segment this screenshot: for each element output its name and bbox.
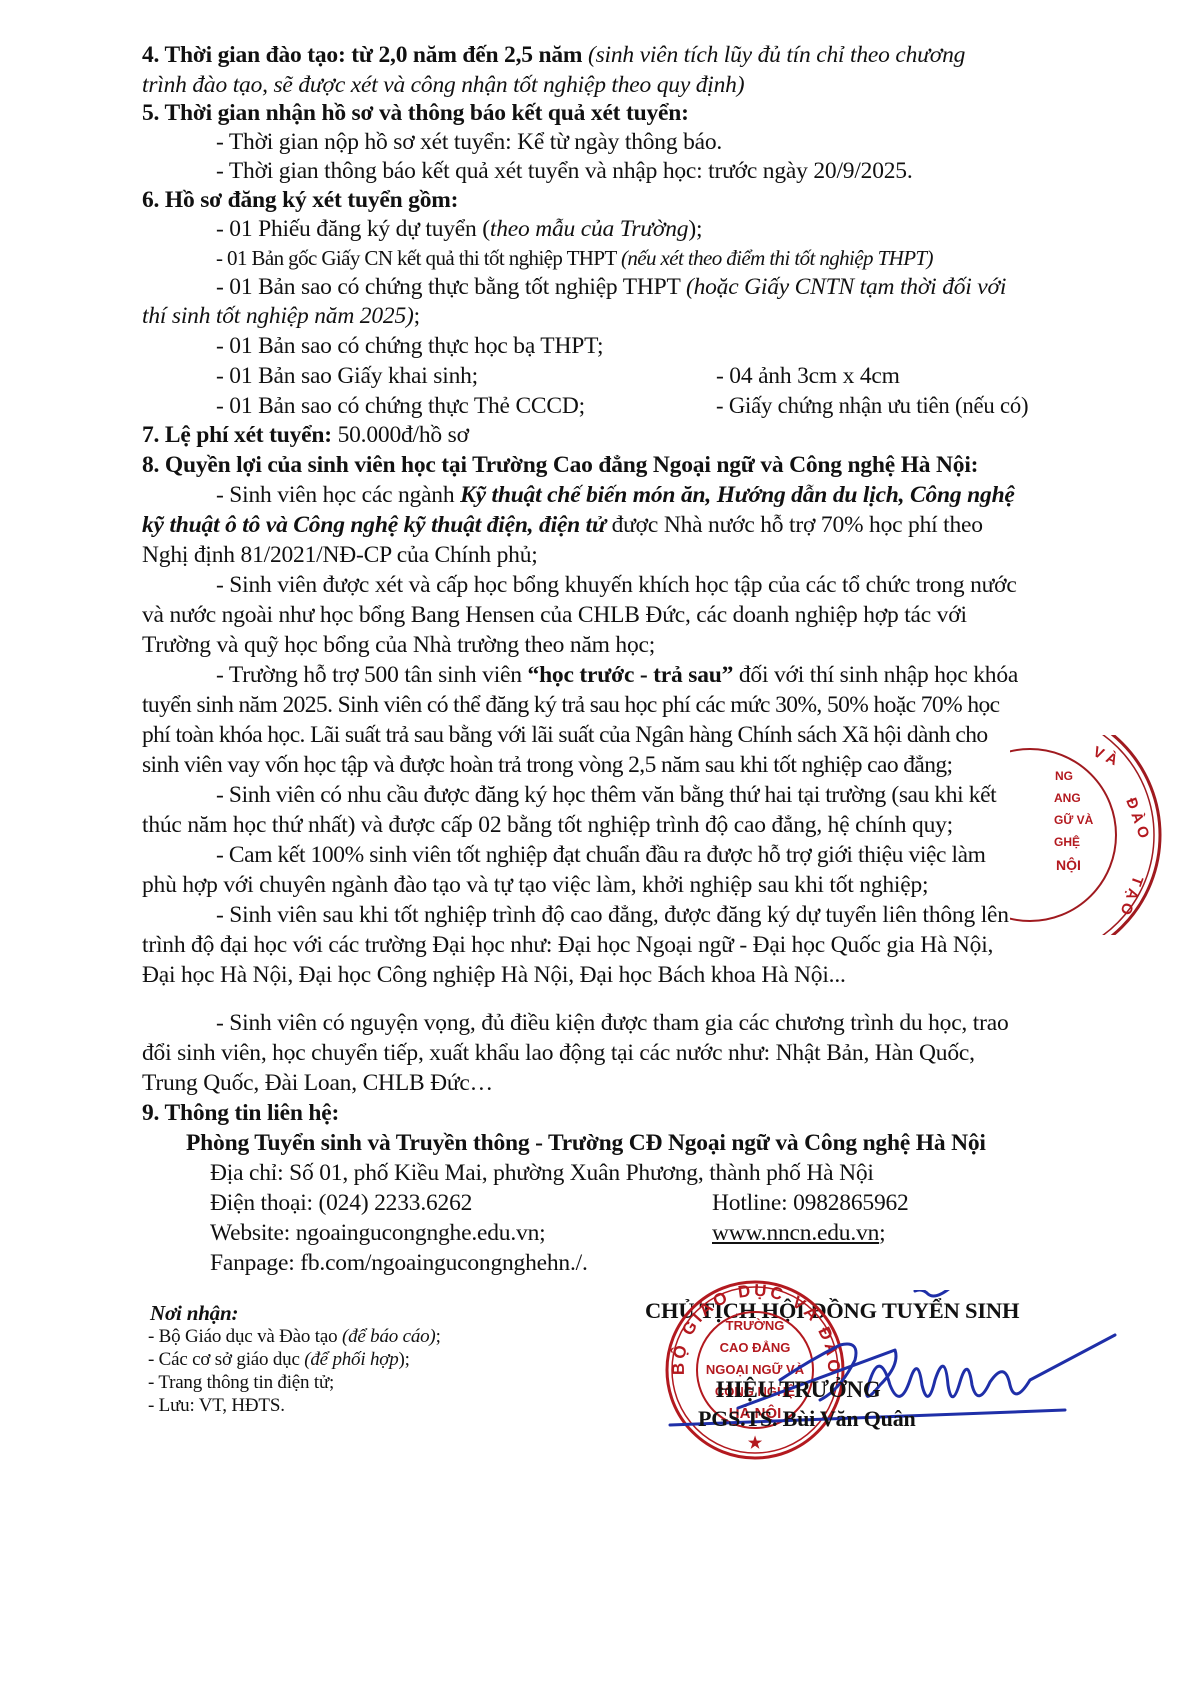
signature-role: HIỆU TRƯỞNG: [716, 1375, 881, 1405]
recipient-website: - Trang thông tin điện tử;: [148, 1372, 334, 1394]
section9-heading: 9. Thông tin liên hệ:: [142, 1098, 339, 1128]
section6-item-priority-cert: - Giấy chứng nhận ưu tiên (nếu có): [716, 391, 1028, 421]
section5-item-submit-time: - Thời gian nộp hồ sơ xét tuyển: Kể từ n…: [216, 127, 722, 157]
section8-p4-line2: thúc năm học thứ nhất) và được cấp 02 bằ…: [142, 810, 953, 840]
section8-p2-line3: Trường và quỹ học bổng của Nhà trường th…: [142, 630, 655, 660]
svg-text:GHỆ: GHỆ: [1054, 834, 1080, 849]
section8-p5-line1: - Cam kết 100% sinh viên tốt nghiệp đạt …: [216, 840, 986, 870]
svg-text:NG: NG: [1055, 769, 1073, 783]
section8-p2-line2: và nước ngoài như học bổng Bang Hensen c…: [142, 600, 967, 630]
website2-link[interactable]: www.nncn.edu.vn: [712, 1220, 879, 1246]
section8-p4-line1: - Sinh viên có nhu cầu được đăng ký học …: [216, 780, 996, 810]
recipients-heading: Nơi nhận:: [150, 1298, 238, 1328]
recipient-archive: - Lưu: VT, HĐTS.: [148, 1395, 285, 1417]
section8-p5-line2: phù hợp với chuyên ngành đào tạo và tự t…: [142, 870, 928, 900]
section5-item-result-time: - Thời gian thông báo kết quả xét tuyển …: [216, 156, 913, 186]
section6-item-photos: - 04 ảnh 3cm x 4cm: [716, 361, 900, 391]
section8-p6-line1: - Sinh viên sau khi tốt nghiệp trình độ …: [216, 900, 1009, 930]
section8-p1-line3: Nghị định 81/2021/NĐ-CP của Chính phủ;: [142, 540, 538, 570]
section8-p3-line2: tuyển sinh năm 2025. Sinh viên có thể đă…: [142, 690, 999, 720]
section6-item-form: - 01 Phiếu đăng ký dự tuyển (theo mẫu củ…: [216, 214, 702, 244]
svg-text:T Ạ O: T Ạ O: [1116, 874, 1146, 918]
section8-heading: 8. Quyền lợi của sinh viên học tại Trườn…: [142, 450, 978, 480]
section8-p2-line1: - Sinh viên được xét và cấp học bổng khu…: [216, 570, 1017, 600]
section4-note: (sinh viên tích lũy đủ tín chỉ theo chươ…: [588, 42, 965, 68]
section4-line1: 4. Thời gian đào tạo: từ 2,0 năm đến 2,5…: [142, 40, 965, 70]
section8-p6-line3: Đại học Hà Nội, Đại học Công nghiệp Hà N…: [142, 960, 846, 990]
recipient-ministry: - Bộ Giáo dục và Đào tạo (để báo cáo);: [148, 1326, 441, 1348]
document-page: 4. Thời gian đào tạo: từ 2,0 năm đến 2,5…: [0, 0, 1186, 1684]
contact-address: Địa chỉ: Số 01, phố Kiều Mai, phường Xuâ…: [210, 1158, 874, 1188]
section8-p3-line1: - Trường hỗ trợ 500 tân sinh viên “học t…: [216, 660, 1018, 690]
section6-item-birth-cert: - 01 Bản sao Giấy khai sinh;: [216, 361, 478, 391]
svg-text:NỘI: NỘI: [1056, 856, 1081, 873]
section8-p3-line4: sinh viên vay vốn học tập và được hoàn t…: [142, 750, 952, 780]
section8-p1-line2: kỹ thuật ô tô và Công nghệ kỹ thuật điện…: [142, 510, 983, 540]
section8-p1-line1: - Sinh viên học các ngành Kỹ thuật chế b…: [216, 480, 1015, 510]
section6-item-diploma-cont: thí sinh tốt nghiệp năm 2025);: [142, 301, 420, 331]
svg-text:V À: V À: [1090, 743, 1120, 769]
section5-heading: 5. Thời gian nhận hồ sơ và thông báo kết…: [142, 98, 689, 128]
svg-text:Đ À O: Đ À O: [1122, 796, 1152, 841]
section7-heading: 7. Lệ phí xét tuyển:: [142, 422, 332, 448]
section6-item-exam-cert: - 01 Bản gốc Giấy CN kết quả thi tốt ngh…: [216, 243, 933, 273]
contact-office: Phòng Tuyển sinh và Truyền thông - Trườn…: [186, 1128, 986, 1158]
section4-note-cont: trình đào tạo, sẽ được xét và công nhận …: [142, 70, 744, 100]
section6-item-id-card: - 01 Bản sao có chứng thực Thẻ CCCD;: [216, 391, 585, 421]
contact-hotline: Hotline: 0982865962: [712, 1188, 909, 1218]
contact-fanpage: Fanpage: fb.com/ngoaingucongnghehn./.: [210, 1248, 588, 1278]
section7: 7. Lệ phí xét tuyển: 50.000đ/hồ sơ: [142, 420, 469, 450]
svg-text:ANG: ANG: [1054, 791, 1081, 805]
contact-website2: www.nncn.edu.vn;: [712, 1218, 885, 1248]
section7-fee: 50.000đ/hồ sơ: [338, 422, 469, 448]
contact-phone: Điện thoại: (024) 2233.6262: [210, 1188, 472, 1218]
stamp-partial-right: V À Đ À O T Ạ O NG ANG GỮ VÀ GHỆ NỘI: [1010, 735, 1186, 935]
section6-item-transcript: - 01 Bản sao có chứng thực học bạ THPT;: [216, 331, 603, 361]
svg-text:GỮ VÀ: GỮ VÀ: [1054, 812, 1094, 827]
section8-p7-line1: - Sinh viên có nguyện vọng, đủ điều kiện…: [216, 1008, 1009, 1038]
signature-name: PGS.TS. Bùi Văn Quân: [698, 1404, 916, 1434]
section8-p3-line3: phí toàn khóa học. Lãi suất trả sau bằng…: [142, 720, 988, 750]
section4-heading: 4. Thời gian đào tạo: từ 2,0 năm đến 2,5…: [142, 42, 582, 68]
contact-website: Website: ngoaingucongnghe.edu.vn;: [210, 1218, 545, 1248]
recipient-institutions: - Các cơ sở giáo dục (để phối hợp);: [148, 1349, 410, 1371]
section6-heading: 6. Hồ sơ đăng ký xét tuyển gồm:: [142, 185, 458, 215]
section6-item-diploma: - 01 Bản sao có chứng thực bằng tốt nghi…: [216, 272, 1006, 302]
section8-p7-line2: đổi sinh viên, học chuyển tiếp, xuất khẩ…: [142, 1038, 975, 1068]
section8-p6-line2: trình độ đại học với các trường Đại học …: [142, 930, 993, 960]
section8-p7-line3: Trung Quốc, Đài Loan, CHLB Đức…: [142, 1068, 493, 1098]
